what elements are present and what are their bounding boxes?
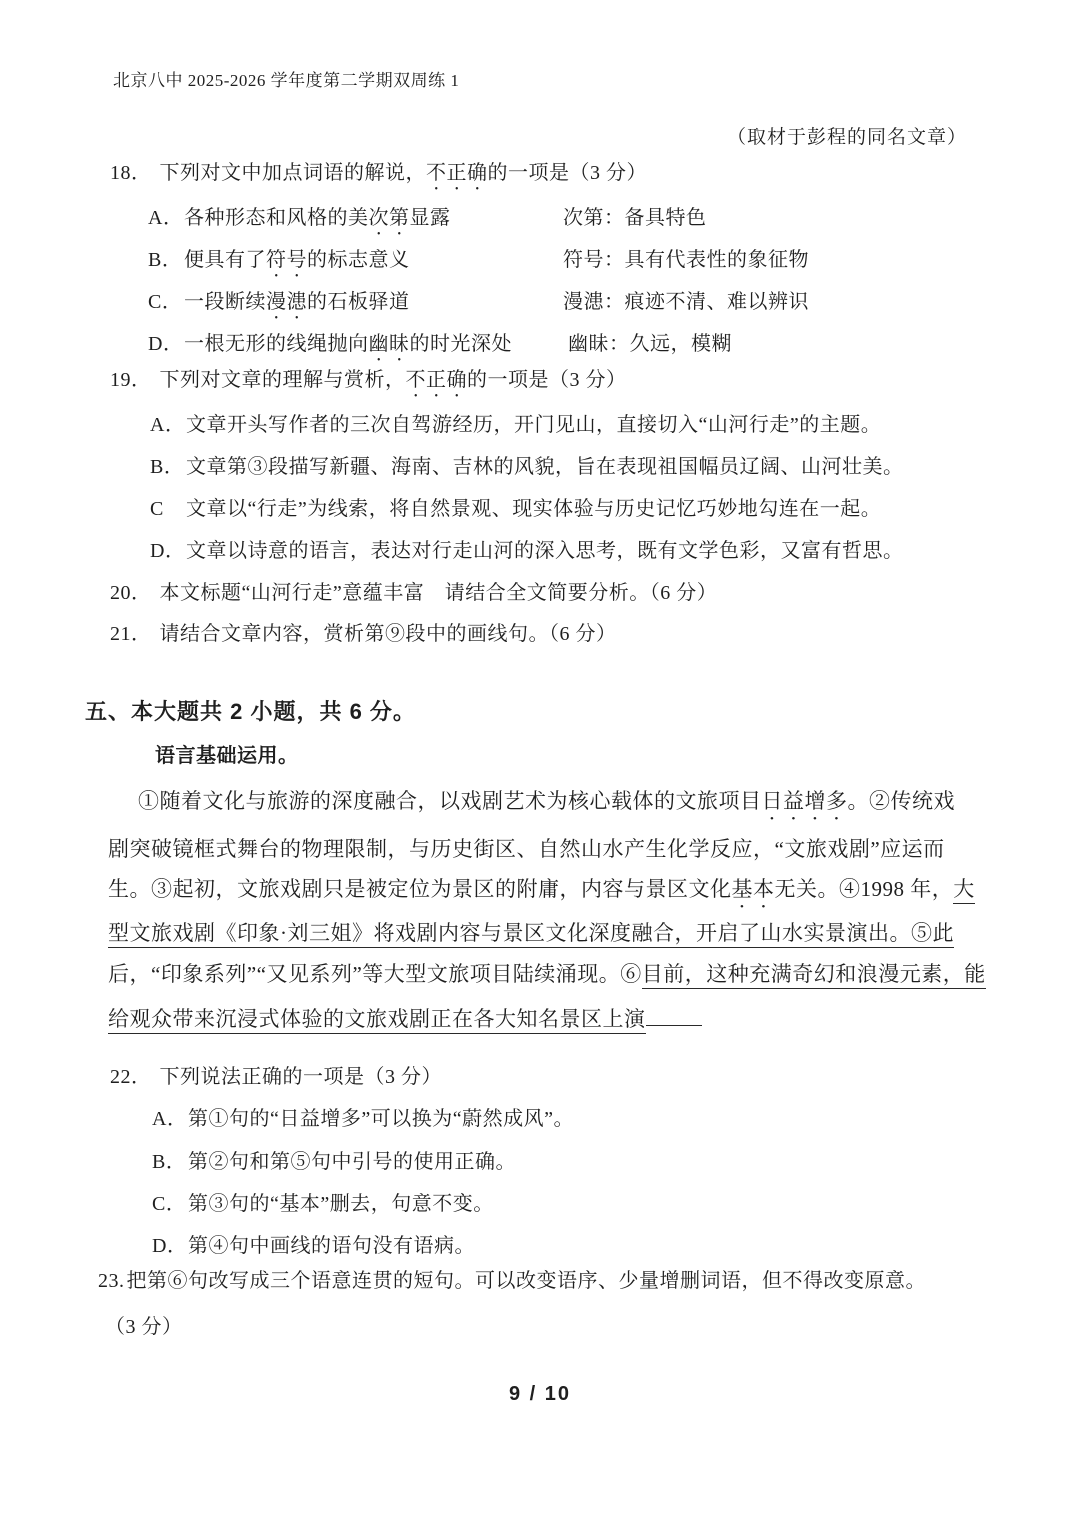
question-23-line-2: （3 分）	[105, 1314, 183, 1340]
emphasized-word: 符号	[266, 249, 307, 271]
emphasized-text: 不正确	[406, 369, 468, 391]
question-23-line-1: 23.把第⑥句改写成三个语意连贯的短句。可以改变语序、少量增删词语，但不得改变原…	[98, 1268, 926, 1294]
underlined-text: 型文旅戏剧《印象·刘三姐》将戏剧内容与景区文化深度融合，开启了山水实景演出。⑤此	[108, 921, 954, 948]
passage-line-5: 后，“印象系列”“又见系列”等大型文旅项目陆续涌现。⑥目前，这种充满奇幻和浪漫元…	[108, 961, 986, 989]
passage-line-4: 型文旅戏剧《印象·刘三姐》将戏剧内容与景区文化深度融合，开启了山水实景演出。⑤此	[108, 920, 954, 948]
emphasized-word: 次第	[369, 207, 410, 229]
underlined-text: 目前，这种充满奇幻和浪漫元素，能	[642, 962, 986, 989]
question-19-number: 19．	[110, 367, 152, 393]
question-18-number: 18．	[110, 160, 152, 186]
q18-option-d: D．一根无形的线绳抛向幽昧的时光深处 幽昧：久远，模糊	[148, 331, 512, 366]
source-attribution: （取材于彭程的同名文章）	[727, 125, 967, 150]
passage-line-2: 剧突破镜框式舞台的物理限制，与历史街区、自然山水产生化学反应，“文旅戏剧”应运而	[108, 836, 945, 864]
option-label: C．	[152, 1191, 188, 1217]
question-21: 21．请结合文章内容，赏析第⑨段中的画线句。（6 分）	[110, 621, 617, 647]
underline-tail	[646, 1004, 702, 1026]
section-5-subtitle: 语言基础运用。	[155, 743, 299, 769]
q19-option-b: B．文章第③段描写新疆、海南、吉林的风貌，旨在表现祖国幅员辽阔、山河壮美。	[150, 454, 904, 480]
exam-header: 北京八中 2025-2026 学年度第二学期双周练 1	[113, 70, 459, 92]
option-label: D．	[148, 331, 184, 357]
underlined-text: 给观众带来沉浸式体验的文旅戏剧正在各大知名景区上演	[108, 1007, 646, 1034]
option-label: C．	[148, 289, 184, 315]
option-label: A．	[150, 412, 186, 438]
question-20: 20．本文标题“山河行走”意蕴丰富 请结合全文简要分析。（6 分）	[110, 580, 717, 606]
question-18-stem: 18．下列对文中加点词语的解说，不正确的一项是（3 分）	[110, 160, 647, 195]
emphasized-word: 幽昧	[369, 333, 410, 355]
q22-option-c: C．第③句的“基本”删去，句意不变。	[152, 1191, 494, 1217]
emphasized-text: 日益增多	[762, 789, 848, 813]
word-gloss: 幽昧：久远，模糊	[568, 331, 732, 357]
question-22-stem: 22．下列说法正确的一项是（3 分）	[110, 1064, 442, 1090]
question-19-stem: 19．下列对文章的理解与赏析，不正确的一项是（3 分）	[110, 367, 627, 402]
q22-option-a: A．第①句的“日益增多”可以换为“蔚然成风”。	[152, 1106, 574, 1132]
q18-option-b: B．便具有了符号的标志意义 符号：具有代表性的象征物	[148, 247, 410, 282]
word-gloss: 符号：具有代表性的象征物	[563, 247, 809, 273]
option-label: B．	[150, 454, 186, 480]
option-label: B．	[148, 247, 184, 273]
word-gloss: 次第：备具特色	[563, 205, 707, 231]
option-label: A．	[152, 1106, 188, 1132]
question-20-number: 20．	[110, 580, 152, 606]
question-23-number: 23.	[98, 1268, 125, 1294]
option-label: D．	[150, 538, 186, 564]
option-label: C	[150, 496, 186, 522]
emphasized-text: 基本	[732, 877, 775, 901]
q18-option-c: C．一段断续漫漶的石板驿道 漫漶：痕迹不清、难以辨识	[148, 289, 410, 324]
section-5-title: 五、本大题共 2 小题，共 6 分。	[85, 697, 416, 726]
word-gloss: 漫漶：痕迹不清、难以辨识	[563, 289, 809, 315]
q19-option-d: D．文章以诗意的语言，表达对行走山河的深入思考，既有文学色彩，又富有哲思。	[150, 538, 904, 564]
passage-line-1: ①随着文化与旅游的深度融合，以戏剧艺术为核心载体的文旅项目日益增多。②传统戏	[108, 788, 955, 825]
emphasized-text: 不正确	[426, 162, 488, 184]
exam-page: 北京八中 2025-2026 学年度第二学期双周练 1 （取材于彭程的同名文章）…	[0, 0, 1080, 1513]
q19-option-c: C文章以“行走”为线索，将自然景观、现实体验与历史记忆巧妙地勾连在一起。	[150, 496, 881, 522]
passage-line-3: 生。③起初，文旅戏剧只是被定位为景区的附庸，内容与景区文化基本无关。④1998 …	[108, 876, 975, 913]
page-number: 9 / 10	[0, 1381, 1080, 1407]
q19-option-a: A．文章开头写作者的三次自驾游经历，开门见山，直接切入“山河行走”的主题。	[150, 412, 881, 438]
option-label: B．	[152, 1149, 188, 1175]
option-label: D．	[152, 1233, 188, 1259]
emphasized-word: 漫漶	[266, 291, 307, 313]
q22-option-b: B．第②句和第⑤句中引号的使用正确。	[152, 1149, 516, 1175]
passage-line-6: 给观众带来沉浸式体验的文旅戏剧正在各大知名景区上演	[108, 1004, 702, 1034]
question-21-number: 21．	[110, 621, 152, 647]
q22-option-d: D．第④句中画线的语句没有语病。	[152, 1233, 475, 1259]
option-label: A．	[148, 205, 184, 231]
q18-option-a: A．各种形态和风格的美次第显露 次第：备具特色	[148, 205, 451, 240]
underlined-text: 大	[953, 877, 975, 904]
question-22-number: 22．	[110, 1064, 152, 1090]
